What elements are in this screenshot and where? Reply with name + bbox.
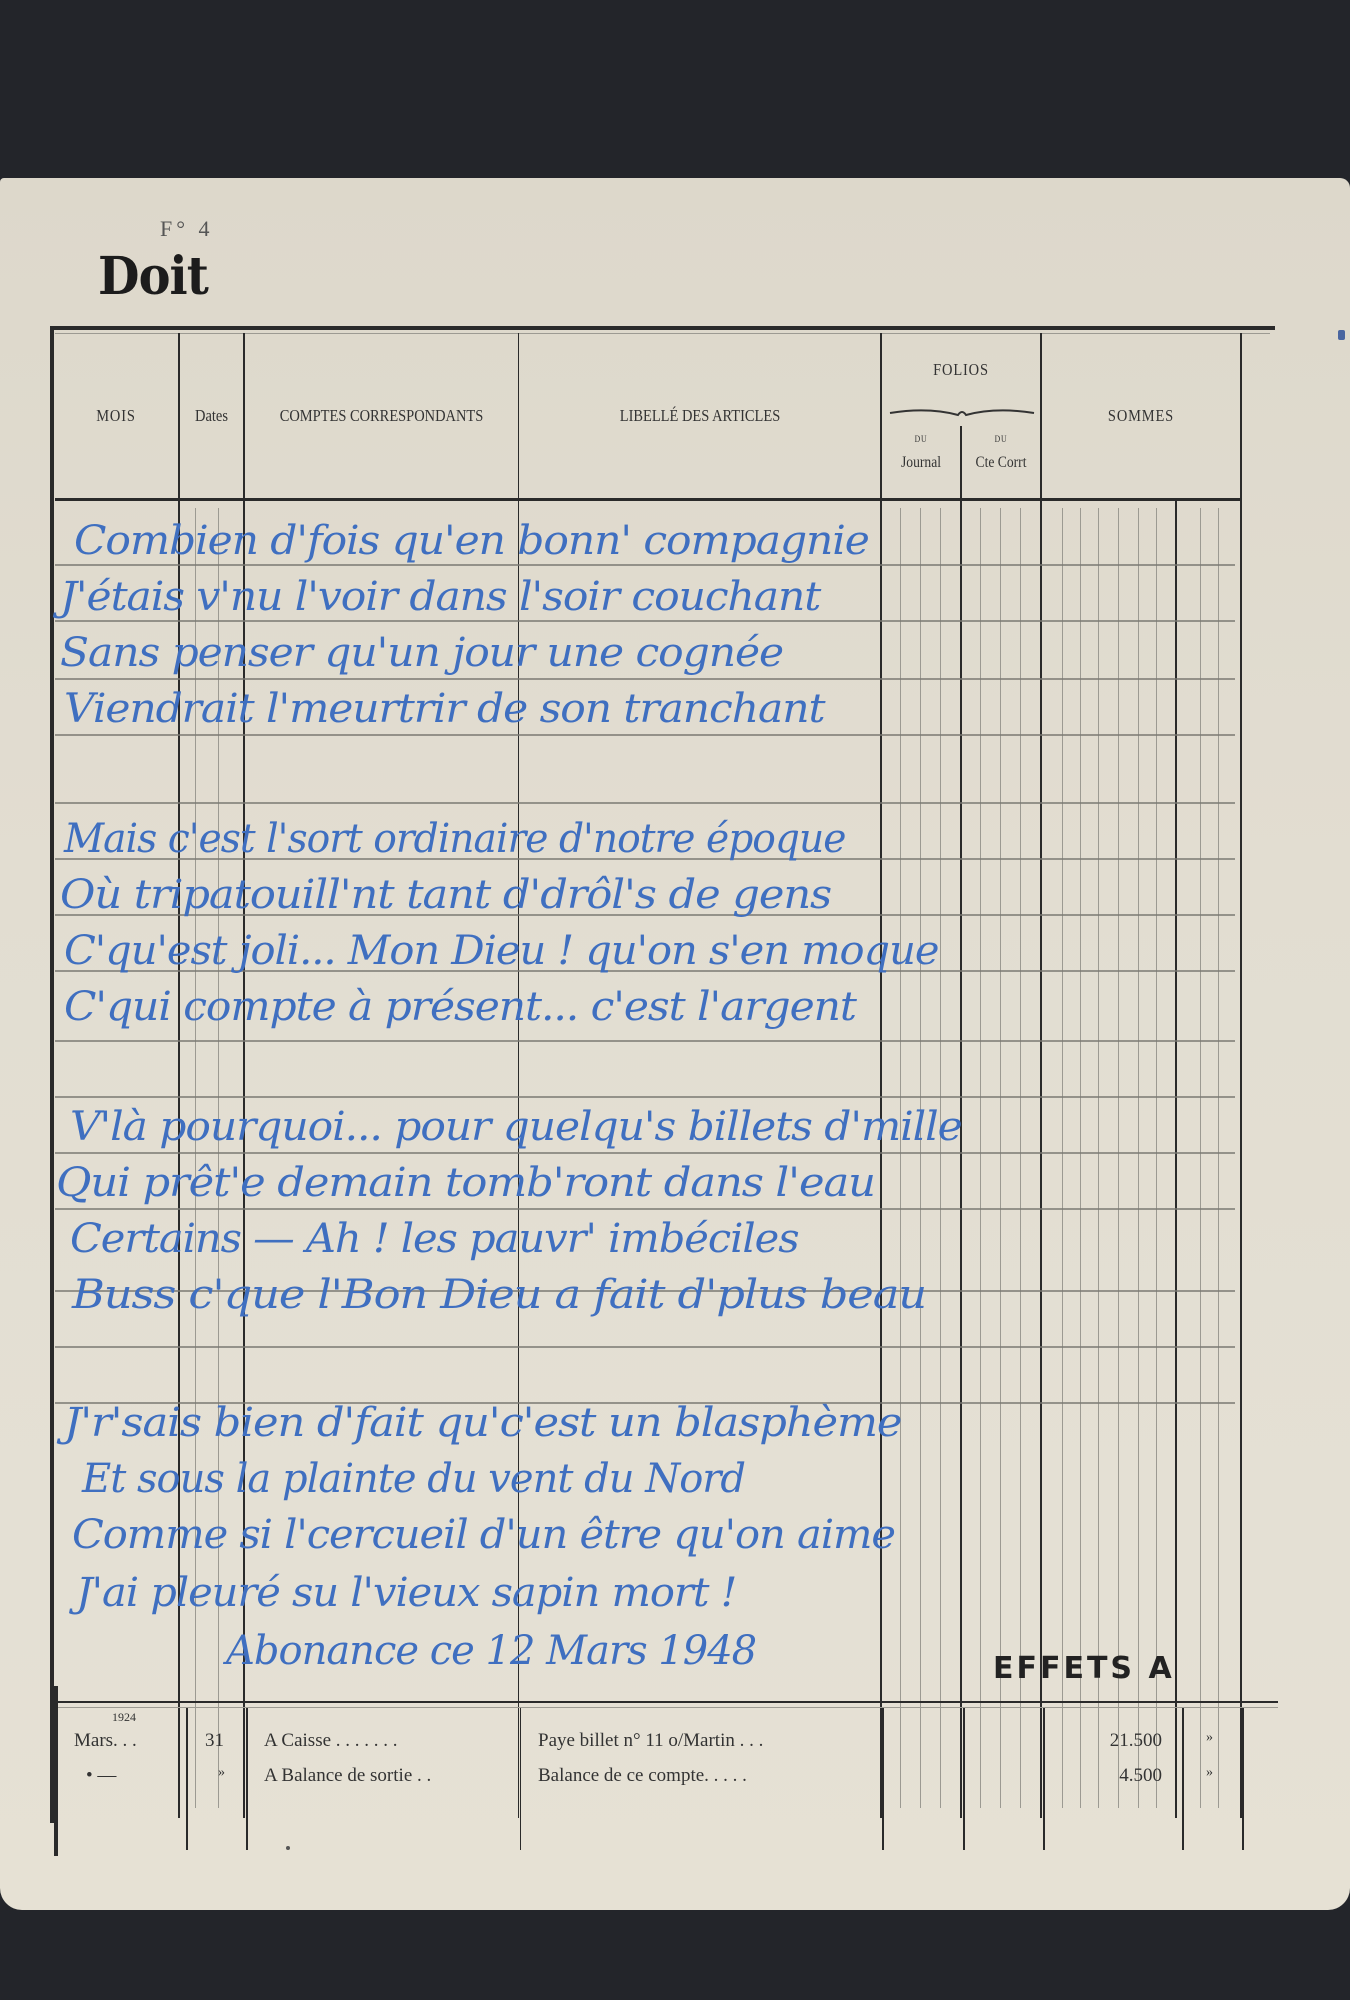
poem-line: Comme si l'cercueil d'un être qu'on aime bbox=[72, 1512, 895, 1558]
entry-mois: • — bbox=[86, 1765, 116, 1787]
sub-ruling bbox=[1138, 508, 1139, 1808]
col-divider bbox=[882, 1708, 884, 1850]
col-divider bbox=[1242, 1708, 1244, 1850]
poem-line: J'r'sais bien d'fait qu'c'est un blasphè… bbox=[64, 1400, 901, 1446]
row-ruling bbox=[55, 564, 1235, 566]
col-divider-folios bbox=[1040, 333, 1042, 1818]
table-top-inner-border bbox=[55, 333, 1270, 334]
row-ruling bbox=[55, 1346, 1235, 1348]
ink-mark bbox=[1338, 330, 1345, 340]
sub-ruling bbox=[1020, 508, 1021, 1808]
header-folios: FOLIOS bbox=[894, 360, 1028, 380]
col-divider-sommes bbox=[1240, 333, 1242, 1818]
row-ruling bbox=[55, 678, 1235, 680]
col-divider-centimes bbox=[1175, 500, 1177, 1818]
row-ruling bbox=[55, 1152, 1235, 1154]
header-mois: MOIS bbox=[63, 406, 168, 426]
poem-line: Mais c'est l'sort ordinaire d'notre époq… bbox=[64, 816, 846, 862]
entry-mois: Mars. . . bbox=[74, 1730, 137, 1752]
poem-line: Et sous la plainte du vent du Nord bbox=[82, 1456, 745, 1502]
entry-libelle: Balance de ce compte. . . . . bbox=[538, 1765, 747, 1787]
poem-line: Qui prêt'e demain tomb'ront dans l'eau bbox=[56, 1160, 875, 1206]
col-divider bbox=[1043, 1708, 1045, 1850]
sub-ruling bbox=[920, 508, 921, 1808]
sub-ruling bbox=[940, 508, 941, 1808]
entry-somme: 4.500 bbox=[1082, 1765, 1162, 1787]
sub-ruling bbox=[1218, 508, 1219, 1808]
row-ruling bbox=[55, 620, 1235, 622]
row-ruling bbox=[55, 1096, 1235, 1098]
poem-line: C'qui compte à présent... c'est l'argent bbox=[64, 984, 856, 1030]
header-compte-correspondant: Cte Corrt bbox=[968, 454, 1034, 472]
col-divider bbox=[246, 1708, 248, 1850]
header-du-journal-small: DU bbox=[888, 434, 954, 444]
table-top-border bbox=[50, 326, 1275, 330]
sub-ruling bbox=[1000, 508, 1001, 1808]
header-bottom-border bbox=[55, 498, 1240, 501]
brace-ornament bbox=[888, 405, 1036, 419]
poem-line: Où tripatouill'nt tant d'drôl's de gens bbox=[60, 872, 831, 918]
row-ruling bbox=[55, 734, 1235, 736]
signature-date: Abonance ce 12 Mars 1948 bbox=[226, 1628, 756, 1674]
sub-ruling bbox=[1200, 508, 1201, 1808]
header-journal: Journal bbox=[888, 454, 954, 472]
poem-line: Certains — Ah ! les pauvr' imbéciles bbox=[70, 1216, 799, 1262]
col-divider bbox=[963, 1708, 965, 1850]
entry-compte: A Balance de sortie . . bbox=[264, 1765, 431, 1787]
sub-ruling bbox=[1080, 508, 1081, 1808]
header-du-compte-small: DU bbox=[968, 434, 1034, 444]
header-libelle-des-articles: LIBELLÉ DES ARTICLES bbox=[547, 406, 853, 426]
poem-line: Combien d'fois qu'en bonn' compagnie bbox=[74, 518, 869, 564]
poem-line: J'ai pleuré su l'vieux sapin mort ! bbox=[76, 1570, 736, 1616]
ledger-page: F° 4 Doit MOIS Dates COMPTES CORRESPONDA… bbox=[0, 178, 1350, 1910]
table-left-border bbox=[50, 328, 54, 1823]
entry-compte: A Caisse . . . . . . . bbox=[264, 1730, 398, 1752]
entry-centimes: » bbox=[1206, 1765, 1213, 1781]
poem-line: Buss c'que l'Bon Dieu a fait d'plus beau bbox=[72, 1272, 926, 1318]
row-ruling bbox=[55, 1040, 1235, 1042]
row-ruling bbox=[55, 802, 1235, 804]
sub-ruling bbox=[1156, 508, 1157, 1808]
section-left-border bbox=[54, 1686, 58, 1856]
col-divider bbox=[1182, 1708, 1184, 1850]
entry-year: 1924 bbox=[112, 1710, 136, 1725]
entry-somme: 21.500 bbox=[1082, 1730, 1162, 1752]
entry-date: 31 bbox=[205, 1730, 224, 1752]
section-top-border bbox=[58, 1701, 1278, 1703]
sub-ruling bbox=[1098, 508, 1099, 1808]
section-title: EFFETS A bbox=[993, 1651, 1175, 1686]
entry-libelle: Paye billet n° 11 o/Martin . . . bbox=[538, 1730, 763, 1752]
header-comptes-correspondants: COMPTES CORRESPONDANTS bbox=[265, 406, 497, 426]
folio-number: F° 4 bbox=[160, 216, 214, 242]
sub-ruling bbox=[1062, 508, 1063, 1808]
header-sommes: SOMMES bbox=[1057, 406, 1225, 426]
entry-date: » bbox=[218, 1765, 225, 1781]
page-title: Doit bbox=[98, 246, 208, 307]
col-divider bbox=[186, 1708, 188, 1850]
section-top-inner-border bbox=[58, 1707, 1278, 1708]
sub-ruling bbox=[980, 508, 981, 1808]
entry-centimes: » bbox=[1206, 1730, 1213, 1746]
col-divider bbox=[520, 1708, 521, 1850]
poem-line: J'étais v'nu l'voir dans l'soir couchant bbox=[60, 574, 820, 620]
poem-line: C'qu'est joli... Mon Dieu ! qu'on s'en m… bbox=[64, 928, 938, 974]
sub-ruling bbox=[900, 508, 901, 1808]
row-ruling bbox=[55, 1208, 1235, 1210]
header-dates: Dates bbox=[185, 406, 239, 426]
poem-line: Sans penser qu'un jour une cognée bbox=[60, 630, 783, 676]
poem-line: V'là pourquoi... pour quelqu's billets d… bbox=[70, 1104, 962, 1150]
paper-speck bbox=[286, 1846, 290, 1850]
col-divider-libelle bbox=[880, 333, 882, 1818]
poem-line: Viendrait l'meurtrir de son tranchant bbox=[64, 686, 824, 732]
sub-ruling bbox=[1118, 508, 1119, 1808]
